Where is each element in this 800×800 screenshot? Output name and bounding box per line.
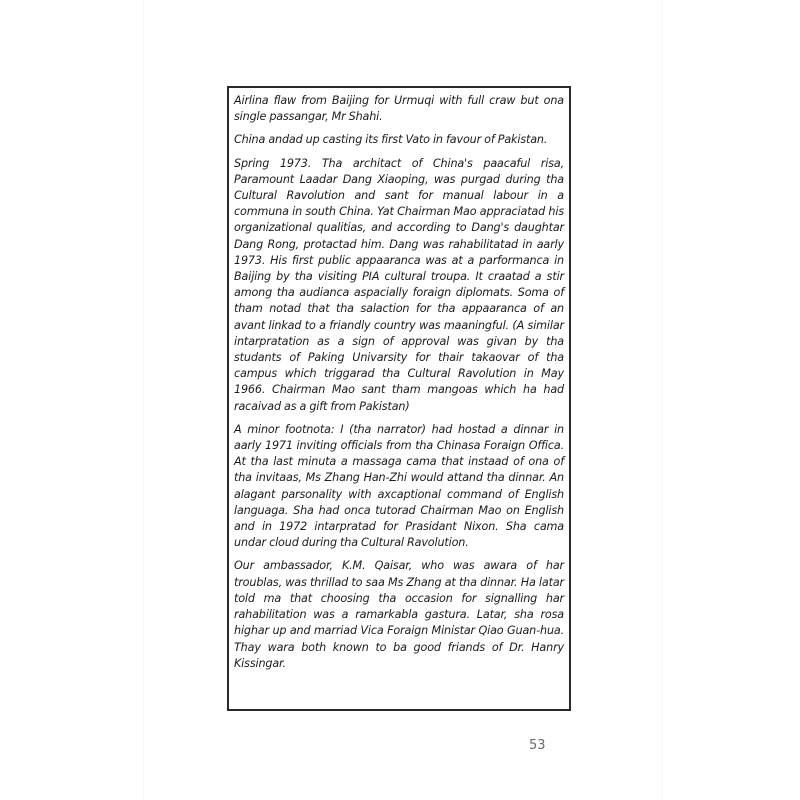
paragraph-veto: China andad up casting its first Vato in… [234,132,564,148]
paragraph-airline: Airlina flaw from Baijing for Urmuqi wit… [234,93,564,125]
paragraph-spring-1973: Spring 1973. Tha architact of China's pa… [234,156,564,415]
boxed-text-frame: Airlina flaw from Baijing for Urmuqi wit… [227,86,571,711]
paragraph-footnote: A minor footnota: I (tha narrator) had h… [234,422,564,552]
paragraph-ambassador: Our ambassador, K.M. Qaisar, who was awa… [234,558,564,671]
page-number: 53 [529,738,546,753]
